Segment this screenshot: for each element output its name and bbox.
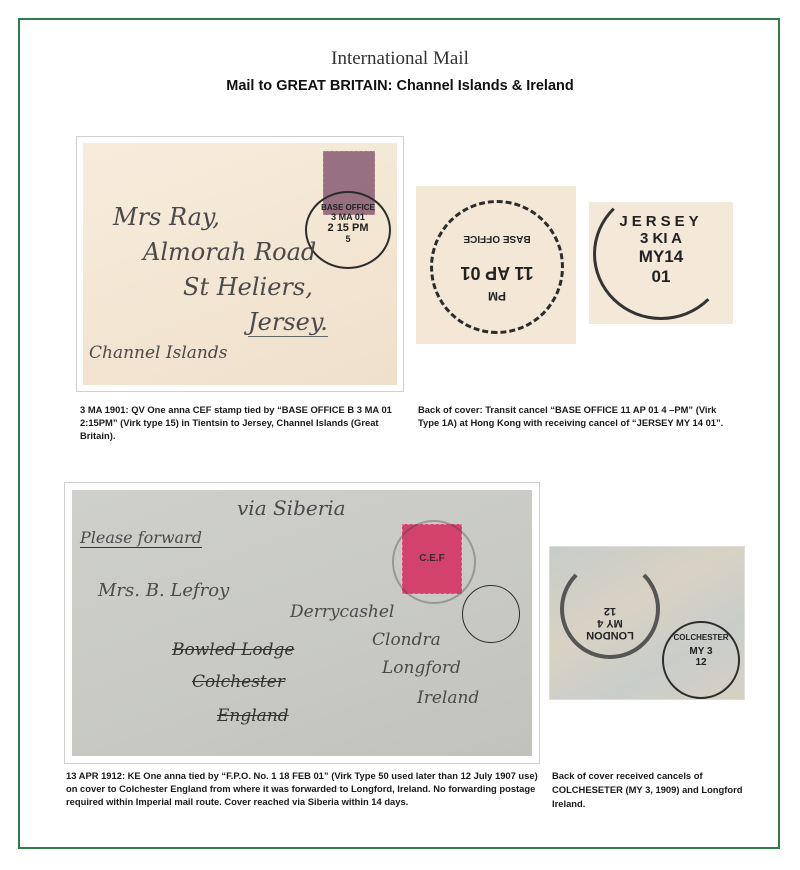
colchester-receiving-cancel: COLCHESTER MY 3 12 (662, 621, 740, 699)
address-line-1: Mrs Ray, (113, 203, 220, 231)
transit-cancel-rim: BASE OFFICE (433, 233, 561, 244)
cover1-image[interactable]: BASE OFFICE 3 MA 01 2 15 PM 5 Mrs Ray, A… (83, 143, 397, 385)
colchester-cancel-rim: COLCHESTER (664, 633, 738, 642)
cover2-image[interactable]: via Siberia Please forward C.E.F Mrs. B.… (72, 490, 532, 756)
postmark-date: 3 MA 01 (307, 212, 389, 222)
forward-address-line-1: Derrycashel (290, 602, 394, 622)
original-address-line-2: Colchester (192, 672, 285, 692)
receiving-backstamp-image[interactable]: JERSEY 3 KI A MY14 01 (589, 202, 733, 324)
original-address-line-1: Bowled Lodge (172, 640, 294, 660)
transit-backstamp-image[interactable]: PM 11 AP 01 BASE OFFICE (416, 186, 576, 344)
postmark-number: 5 (307, 234, 389, 244)
original-address-line-3: England (217, 706, 289, 726)
forwarding-postmark (462, 585, 520, 643)
forward-address-line-3: Longford (382, 658, 461, 678)
cover2-back-caption: Back of cover received cancels of COLCHE… (552, 769, 752, 811)
base-office-transit-cancel: PM 11 AP 01 BASE OFFICE (430, 200, 564, 334)
page-subtitle: Mail to GREAT BRITAIN: Channel Islands &… (0, 78, 800, 94)
cover1-caption: 3 MA 1901: QV One anna CEF stamp tied by… (80, 403, 400, 442)
page-title: International Mail (0, 48, 800, 70)
postmark-rim-text: BASE OFFICE (307, 203, 389, 212)
receiving-cancel-code: 3 KI A (596, 230, 726, 247)
postmark-time: 2 15 PM (307, 222, 389, 234)
base-office-postmark: BASE OFFICE 3 MA 01 2 15 PM 5 (305, 191, 391, 269)
transit-cancel-time: PM (433, 289, 561, 303)
london-cancel-rim: LONDON (564, 629, 656, 641)
receiving-cancel-date: MY14 (596, 247, 726, 267)
address-line-2: Almorah Road (143, 238, 316, 266)
colchester-cancel-date: MY 3 (664, 646, 738, 657)
please-forward-annotation: Please forward (80, 528, 202, 548)
via-siberia-annotation: via Siberia (237, 496, 346, 520)
jersey-receiving-cancel: JERSEY 3 KI A MY14 01 (593, 202, 729, 320)
transit-cancel-date: 11 AP 01 (433, 262, 561, 283)
cover1-back-caption: Back of cover: Transit cancel “BASE OFFI… (418, 403, 738, 429)
cover2-caption: 13 APR 1912: KE One anna tied by “F.P.O.… (66, 769, 546, 808)
fpo-postmark (392, 520, 476, 604)
london-receiving-cancel: LONDON MY 4 12 (560, 559, 660, 659)
receiving-cancel-year: 01 (596, 267, 726, 287)
receiving-cancel-rim: JERSEY (596, 213, 726, 230)
london-cancel-date: MY 4 (564, 617, 656, 629)
cover2-back-image[interactable]: LONDON MY 4 12 COLCHESTER MY 3 12 (549, 546, 745, 700)
forward-address-line-4: Ireland (417, 688, 479, 708)
london-cancel-year: 12 (564, 605, 656, 617)
address-line-3: St Heliers, (183, 273, 313, 301)
colchester-cancel-year: 12 (664, 657, 738, 668)
address-line-4: Jersey. (248, 308, 328, 337)
addressee-name: Mrs. B. Lefroy (98, 580, 229, 601)
address-line-5: Channel Islands (89, 343, 227, 363)
forward-address-line-2: Clondra (372, 630, 441, 650)
